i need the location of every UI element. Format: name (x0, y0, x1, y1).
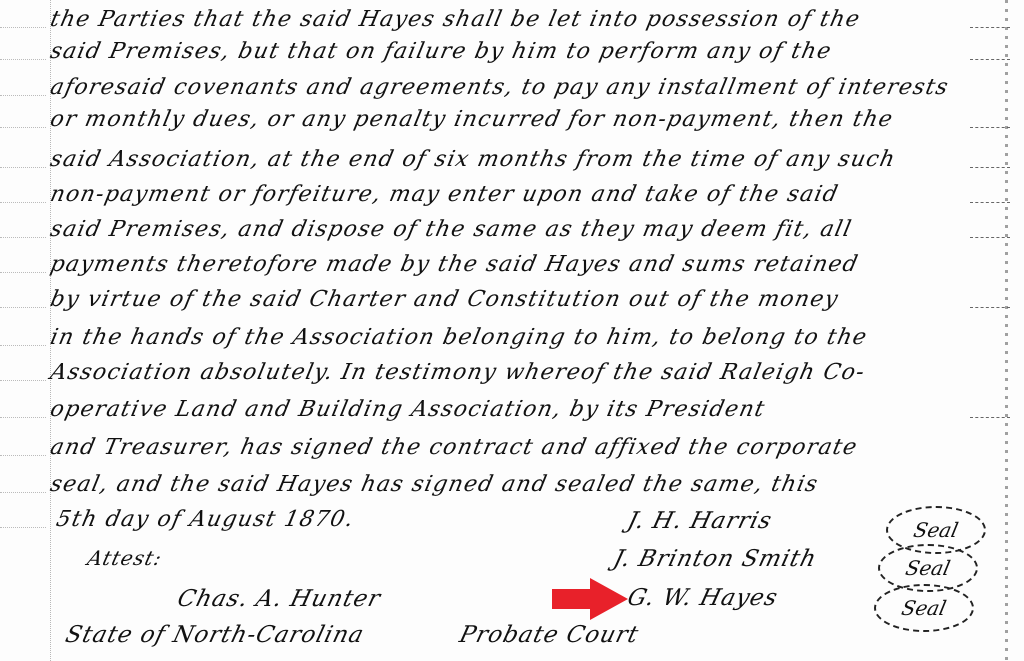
document-line: in the hands of the Association belongin… (0, 318, 1010, 352)
line-text: and Treasurer, has signed the contract a… (48, 435, 860, 460)
date-line: 5th day of August 1870. (54, 507, 357, 532)
ruled-line (0, 307, 46, 308)
document-line: 5th day of August 1870. (0, 500, 1010, 534)
line-text: operative Land and Building Association,… (48, 397, 768, 422)
line-text: seal, and the said Hayes has signed and … (48, 472, 821, 497)
ruled-line (970, 59, 1010, 60)
probate-heading-court: Probate Court (457, 622, 642, 648)
ruled-line (0, 455, 46, 456)
line-text: said Premises, and dispose of the same a… (48, 217, 854, 242)
line-text: or monthly dues, or any penalty incurred… (48, 107, 896, 132)
document-line: or monthly dues, or any penalty incurred… (0, 100, 1010, 134)
signature-hayes: G. W. Hayes (625, 585, 781, 611)
line-text: the Parties that the said Hayes shall be… (48, 7, 863, 32)
document-line: said Premises, but that on failure by hi… (0, 32, 1010, 66)
document-line: payments theretofore made by the said Ha… (0, 245, 1010, 279)
ruled-line (0, 417, 46, 418)
line-text: non-payment or forfeiture, may enter upo… (48, 182, 841, 207)
document-line: operative Land and Building Association,… (0, 390, 1010, 424)
ruled-line (970, 307, 1010, 308)
document-line: non-payment or forfeiture, may enter upo… (0, 175, 1010, 209)
ruled-line (970, 27, 1010, 28)
ruled-line (0, 59, 46, 60)
seal-label: Seal (904, 556, 953, 580)
signature-smith: J. Brinton Smith (611, 546, 820, 572)
ruled-line (0, 527, 46, 528)
ruled-line (0, 202, 46, 203)
document-line: Association absolutely. In testimony whe… (0, 353, 1010, 387)
seal-mark: Seal (874, 584, 974, 632)
ruled-line (970, 417, 1010, 418)
line-text: by virtue of the said Charter and Consti… (48, 287, 841, 312)
ruled-line (970, 202, 1010, 203)
ruled-line (0, 492, 46, 493)
ruled-line (970, 127, 1010, 128)
seal-label: Seal (900, 596, 949, 620)
document-line: the Parties that the said Hayes shall be… (0, 0, 1010, 34)
ruled-line (0, 167, 46, 168)
ruled-line (0, 380, 46, 381)
document-line: seal, and the said Hayes has signed and … (0, 465, 1010, 499)
ruled-line (0, 95, 46, 96)
line-text: said Association, at the end of six mont… (48, 147, 898, 172)
attest-label: Attest: (85, 546, 165, 570)
document-line: said Association, at the end of six mont… (0, 140, 1010, 174)
line-text: aforesaid covenants and agreements, to p… (48, 75, 951, 100)
signature-harris: J. H. Harris (625, 508, 775, 534)
ruled-line (0, 127, 46, 128)
red-arrow-icon (552, 578, 628, 620)
probate-heading-state: State of North-Carolina (63, 622, 367, 648)
ruled-line (0, 345, 46, 346)
scanned-document-page: the Parties that the said Hayes shall be… (0, 0, 1024, 661)
ruled-line (0, 237, 46, 238)
line-text: Association absolutely. In testimony whe… (48, 360, 868, 385)
ruled-line (0, 272, 46, 273)
document-line: said Premises, and dispose of the same a… (0, 210, 1010, 244)
document-line: by virtue of the said Charter and Consti… (0, 280, 1010, 314)
ruled-line (0, 27, 46, 28)
ruled-line (970, 237, 1010, 238)
document-line: and Treasurer, has signed the contract a… (0, 428, 1010, 462)
line-text: payments theretofore made by the said Ha… (48, 252, 861, 277)
witness-signature: Chas. A. Hunter (175, 586, 384, 612)
ruled-line (970, 167, 1010, 168)
document-line: aforesaid covenants and agreements, to p… (0, 68, 1010, 102)
seal-label: Seal (912, 518, 961, 542)
line-text: in the hands of the Association belongin… (48, 325, 870, 350)
line-text: said Premises, but that on failure by hi… (48, 39, 834, 64)
